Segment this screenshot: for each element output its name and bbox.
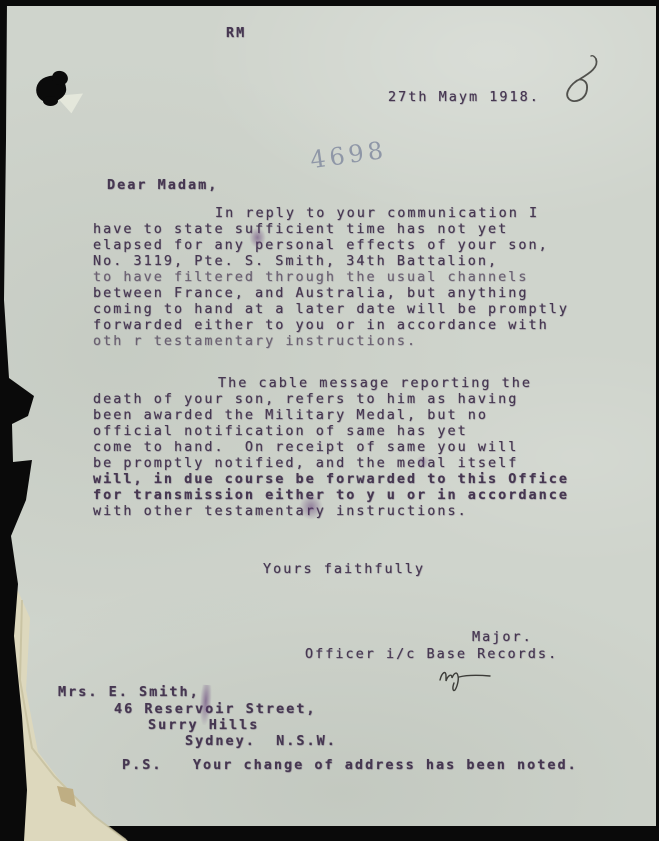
paragraph-1: In reply to your communication I have to… xyxy=(93,205,569,349)
postscript-line: P.S. Your change of address has been not… xyxy=(122,757,578,773)
paragraph-2: The cable message reporting the death of… xyxy=(93,375,569,519)
body-line: coming to hand at a later date will be p… xyxy=(93,301,569,317)
body-line: No. 3119, Pte. S. Smith, 34th Battalion, xyxy=(93,253,569,269)
body-line: come to hand. On receipt of same you wil… xyxy=(93,439,569,455)
closing-line: Yours faithfully xyxy=(263,561,425,577)
body-line: oth r testamentary instructions. xyxy=(93,333,569,349)
body-line: to have filtered through the usual chann… xyxy=(93,269,569,285)
reference-mark: RM xyxy=(226,25,246,41)
body-line: will, in due course be forwarded to this… xyxy=(93,471,569,487)
salutation: Dear Madam, xyxy=(107,177,218,193)
recipient-name: Mrs. E. Smith, xyxy=(58,684,200,700)
punch-hole-fragment-lower xyxy=(43,96,58,106)
body-line: with other testamentary instructions. xyxy=(93,503,569,519)
body-line: official notification of same has yet xyxy=(93,423,569,439)
signature-title: Officer i/c Base Records. xyxy=(305,646,558,662)
recipient-street: 46 Reservoir Street, xyxy=(114,701,317,717)
body-line: been awarded the Military Medal, but no xyxy=(93,407,569,423)
body-line: The cable message reporting the xyxy=(93,375,569,391)
body-line: elapsed for any personal effects of your… xyxy=(93,237,569,253)
body-line: for transmission either to y u or in acc… xyxy=(93,487,569,503)
body-line: between France, and Australia, but anyth… xyxy=(93,285,569,301)
body-line: In reply to your communication I xyxy=(93,205,569,221)
recipient-city: Sydney. N.S.W. xyxy=(185,733,337,749)
body-line: forwarded either to you or in accordance… xyxy=(93,317,569,333)
date-line: 27th Maym 1918. xyxy=(388,89,540,105)
body-line: be promptly notified, and the medal itse… xyxy=(93,455,569,471)
handwritten-d-mark xyxy=(560,52,608,116)
signature-scribble xyxy=(436,663,498,693)
signature-rank: Major. xyxy=(472,629,533,645)
body-line: have to state sufficient time has not ye… xyxy=(93,221,569,237)
recipient-suburb: Surry Hills xyxy=(148,717,259,733)
body-line: death of your son, refers to him as havi… xyxy=(93,391,569,407)
